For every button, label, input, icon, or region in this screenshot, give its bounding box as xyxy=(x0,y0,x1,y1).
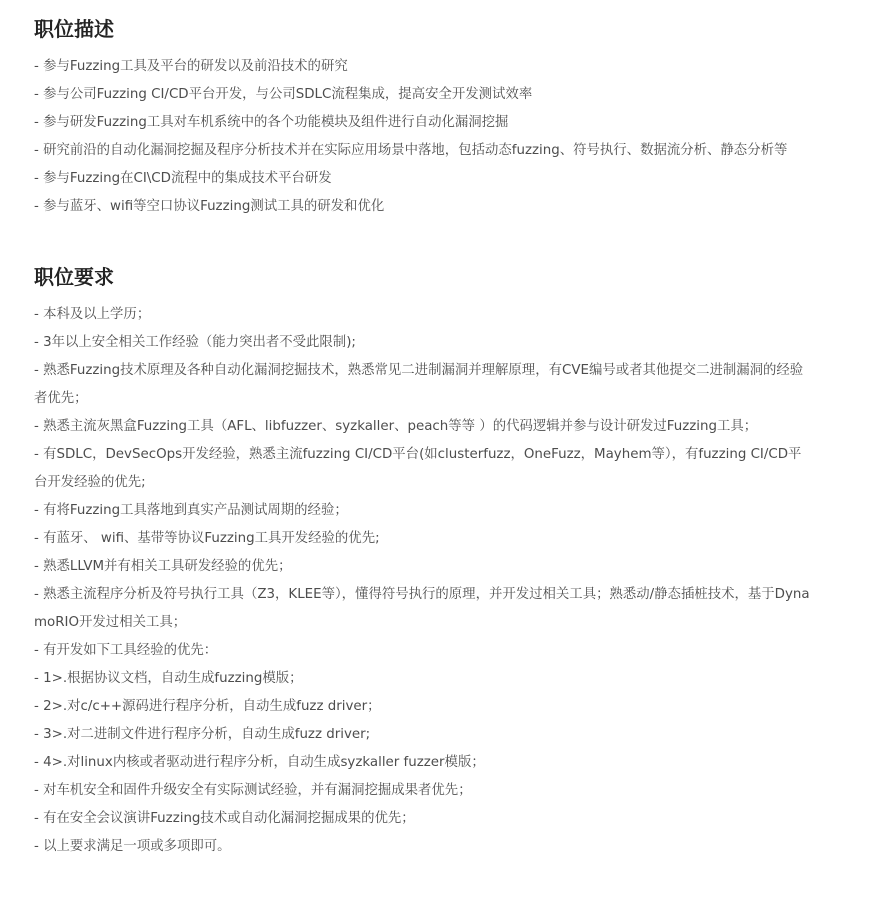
requirement-item: - 本科及以上学历； xyxy=(34,301,814,329)
requirement-item: - 熟悉主流程序分析及符号执行工具（Z3，KLEE等），懂得符号执行的原理，并开… xyxy=(34,581,814,637)
requirement-item: - 有SDLC，DevSecOps开发经验，熟悉主流fuzzing CI/CD平… xyxy=(34,441,814,497)
job-description-section: 职位描述 - 参与Fuzzing工具及平台的研发以及前沿技术的研究 - 参与公司… xyxy=(34,14,814,221)
requirement-item: - 熟悉主流灰黑盒Fuzzing工具（AFL、libfuzzer、syzkall… xyxy=(34,413,814,441)
requirement-item: - 有开发如下工具经验的优先： xyxy=(34,637,814,665)
requirement-item: - 对车机安全和固件升级安全有实际测试经验，并有漏洞挖掘成果者优先； xyxy=(34,777,814,805)
requirement-item: - 3年以上安全相关工作经验（能力突出者不受此限制); xyxy=(34,329,814,357)
requirement-item: - 有将Fuzzing工具落地到真实产品测试周期的经验； xyxy=(34,497,814,525)
requirement-item: - 熟悉Fuzzing技术原理及各种自动化漏洞挖掘技术，熟悉常见二进制漏洞并理解… xyxy=(34,357,814,413)
section-title-job-requirements: 职位要求 xyxy=(34,262,814,292)
requirement-item: - 2>.对c/c++源码进行程序分析，自动生成fuzz driver； xyxy=(34,693,814,721)
description-item: - 参与蓝牙、wifi等空口协议Fuzzing测试工具的研发和优化 xyxy=(34,193,814,221)
description-item: - 参与Fuzzing在CI\CD流程中的集成技术平台研发 xyxy=(34,165,814,193)
requirement-item: - 以上要求满足一项或多项即可。 xyxy=(34,833,814,861)
description-item: - 参与公司Fuzzing CI/CD平台开发，与公司SDLC流程集成，提高安全… xyxy=(34,81,814,109)
requirement-item: - 1>.根据协议文档，自动生成fuzzing模版； xyxy=(34,665,814,693)
requirement-item: - 4>.对linux内核或者驱动进行程序分析，自动生成syzkaller fu… xyxy=(34,749,814,777)
requirement-item: - 熟悉LLVM并有相关工具研发经验的优先； xyxy=(34,553,814,581)
requirement-item: - 有蓝牙、 wifi、基带等协议Fuzzing工具开发经验的优先; xyxy=(34,525,814,553)
description-item: - 参与Fuzzing工具及平台的研发以及前沿技术的研究 xyxy=(34,53,814,81)
job-posting: 职位描述 - 参与Fuzzing工具及平台的研发以及前沿技术的研究 - 参与公司… xyxy=(0,0,814,861)
requirement-item: - 3>.对二进制文件进行程序分析，自动生成fuzz driver; xyxy=(34,721,814,749)
job-requirements-section: 职位要求 - 本科及以上学历； - 3年以上安全相关工作经验（能力突出者不受此限… xyxy=(34,262,814,861)
requirement-item: - 有在安全会议演讲Fuzzing技术或自动化漏洞挖掘成果的优先； xyxy=(34,805,814,833)
description-item: - 参与研发Fuzzing工具对车机系统中的各个功能模块及组件进行自动化漏洞挖掘 xyxy=(34,109,814,137)
description-item: - 研究前沿的自动化漏洞挖掘及程序分析技术并在实际应用场景中落地，包括动态fuz… xyxy=(34,137,814,165)
section-title-job-description: 职位描述 xyxy=(34,14,814,44)
